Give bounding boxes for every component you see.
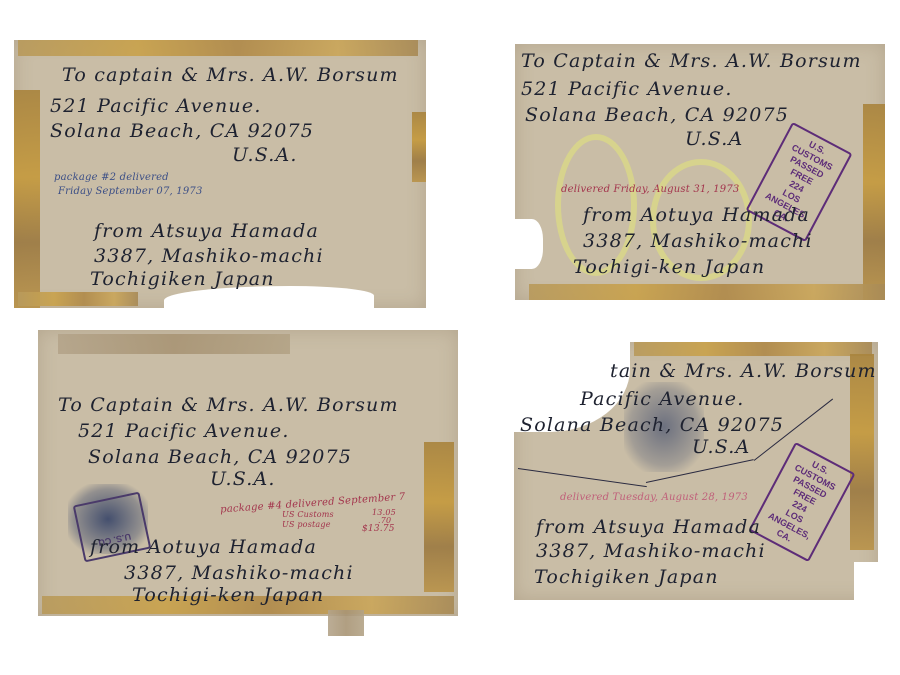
to-line-1: To Captain & Mrs. A.W. Borsum: [521, 50, 862, 72]
drawn-line: [518, 468, 647, 487]
to-line-2: Pacific Avenue.: [580, 388, 744, 410]
address-label-top-left: To captain & Mrs. A.W. Borsum 521 Pacifi…: [14, 40, 426, 308]
to-line-2: 521 Pacific Avenue.: [50, 95, 262, 117]
to-line-1: To Captain & Mrs. A.W. Borsum: [58, 394, 399, 416]
from-line-1: from Atsuya Hamada: [536, 516, 761, 538]
delivery-note-line-2: Friday September 07, 1973: [58, 186, 203, 197]
postage-label: US postage: [282, 520, 331, 529]
to-line-3: Solana Beach, CA 92075: [520, 414, 784, 436]
tape-top: [634, 342, 872, 356]
delivery-note: delivered Tuesday, August 28, 1973: [560, 492, 748, 503]
tape-top: [58, 334, 290, 354]
torn-notch: [515, 219, 543, 269]
to-line-3: Solana Beach, CA 92075: [50, 120, 314, 142]
to-line-4: U.S.A.: [232, 144, 298, 166]
from-line-1: from Aotuya Hamada: [90, 536, 317, 558]
tape-bottom: [18, 292, 138, 306]
from-line-2: 3387, Mashiko-machi: [583, 230, 813, 252]
to-line-1: tain & Mrs. A.W. Borsum: [610, 360, 877, 382]
customs-label: US Customs: [282, 510, 334, 519]
torn-corner-right: [854, 562, 878, 600]
from-line-3: Tochigi-ken Japan: [132, 584, 324, 606]
to-line-4: U.S.A: [685, 128, 743, 150]
tape-right: [424, 442, 454, 592]
from-line-1: from Aotuya Hamada: [583, 204, 810, 226]
to-line-4: U.S.A: [692, 436, 750, 458]
delivery-note: delivered Friday, August 31, 1973: [561, 184, 740, 195]
from-line-2: 3387, Mashiko-machi: [94, 245, 324, 267]
to-line-1: To captain & Mrs. A.W. Borsum: [62, 64, 399, 86]
from-line-3: Tochigiken Japan: [534, 566, 719, 588]
from-line-2: 3387, Mashiko-machi: [536, 540, 766, 562]
from-line-2: 3387, Mashiko-machi: [124, 562, 354, 584]
tape-right: [412, 112, 426, 182]
from-line-1: from Atsuya Hamada: [94, 220, 319, 242]
to-line-3: Solana Beach, CA 92075: [525, 104, 789, 126]
tape-right: [863, 104, 885, 300]
address-label-bottom-left: To Captain & Mrs. A.W. Borsum 521 Pacifi…: [38, 330, 458, 616]
tape-top: [18, 40, 418, 56]
tape-bottom: [529, 284, 885, 300]
to-line-4: U.S.A.: [210, 468, 276, 490]
tape-right: [850, 354, 874, 550]
total-amount: $13.75: [362, 524, 395, 534]
to-line-3: Solana Beach, CA 92075: [88, 446, 352, 468]
tape-tab: [328, 610, 364, 636]
address-label-top-right: To Captain & Mrs. A.W. Borsum 521 Pacifi…: [515, 44, 885, 300]
delivery-note-line-1: package #2 delivered: [54, 172, 169, 183]
to-line-2: 521 Pacific Avenue.: [521, 78, 733, 100]
address-label-bottom-right: tain & Mrs. A.W. Borsum Pacific Avenue. …: [514, 342, 878, 600]
tape-left: [14, 90, 40, 308]
from-line-3: Tochigiken Japan: [90, 268, 275, 290]
to-line-2: 521 Pacific Avenue.: [78, 420, 290, 442]
from-line-3: Tochigi-ken Japan: [573, 256, 765, 278]
